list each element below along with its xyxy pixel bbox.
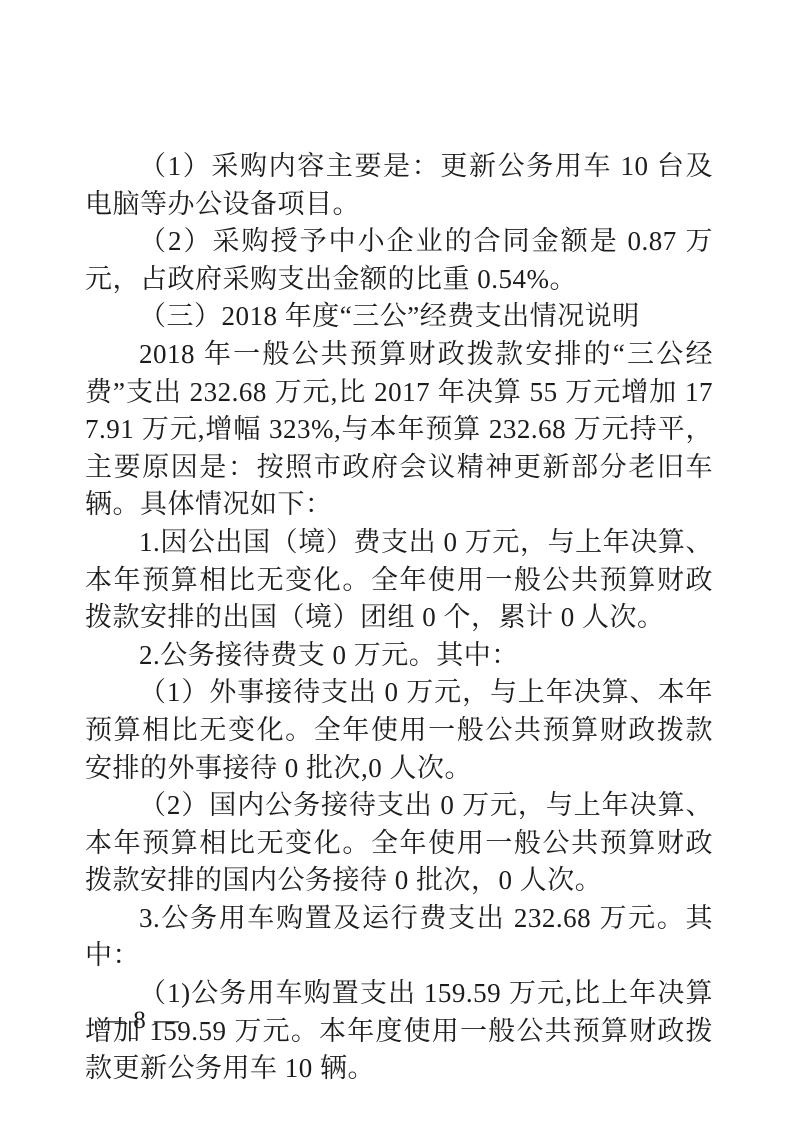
paragraph-procurement-content: （1）采购内容主要是：更新公务用车 10 台及电脑等办公设备项目。 (85, 148, 713, 223)
paragraph-official-reception: 2.公务接待费支 0 万元。其中： (85, 637, 713, 675)
paragraph-foreign-reception: （1）外事接待支出 0 万元，与上年决算、本年预算相比无变化。全年使用一般公共预… (85, 674, 713, 787)
document-page: （1）采购内容主要是：更新公务用车 10 台及电脑等办公设备项目。 （2）采购授… (0, 0, 793, 1122)
paragraph-domestic-reception: （2）国内公务接待支出 0 万元，与上年决算、本年预算相比无变化。全年使用一般公… (85, 787, 713, 900)
paragraph-three-public-summary: 2018 年一般公共预算财政拨款安排的“三公经费”支出 232.68 万元,比 … (85, 336, 713, 524)
paragraph-procurement-sme-amount: （2）采购授予中小企业的合同金额是 0.87 万元，占政府采购支出金额的比重 0… (85, 223, 713, 298)
paragraph-overseas-trips: 1.因公出国（境）费支出 0 万元，与上年决算、本年预算相比无变化。全年使用一般… (85, 524, 713, 637)
document-body: （1）采购内容主要是：更新公务用车 10 台及电脑等办公设备项目。 （2）采购授… (85, 148, 713, 1088)
paragraph-vehicle-expense: 3.公务用车购置及运行费支出 232.68 万元。其中： (85, 900, 713, 975)
heading-three-public-expenses: （三）2018 年度“三公”经费支出情况说明 (85, 298, 713, 336)
page-number: — 8 — (100, 1006, 180, 1036)
